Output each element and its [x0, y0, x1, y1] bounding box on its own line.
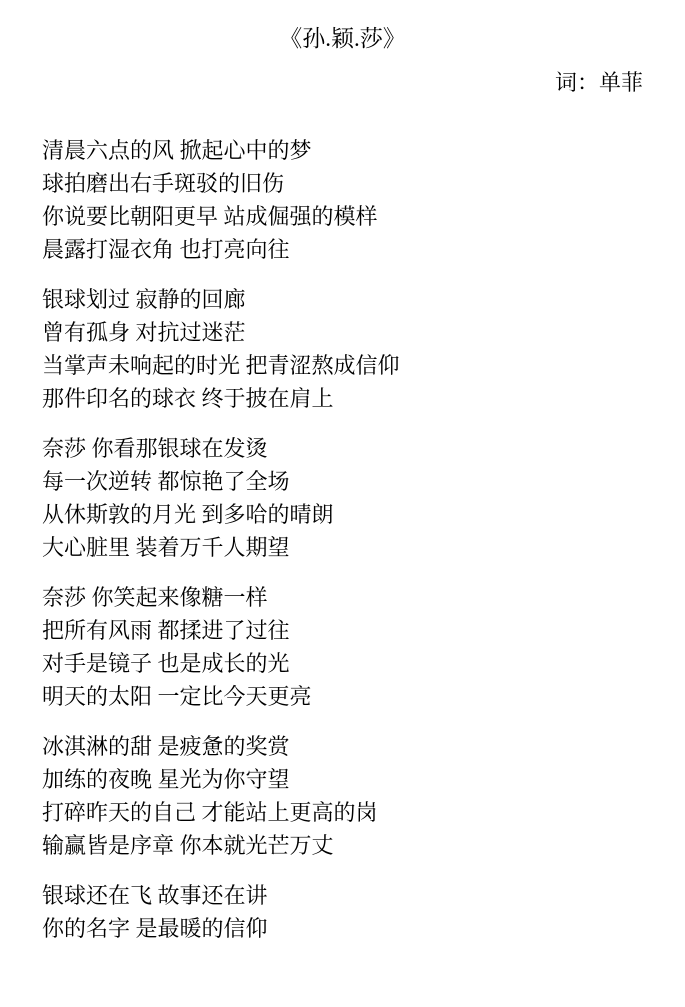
stanza-2: 银球划过 寂静的回廊 曾有孤身 对抗过迷茫 当掌声未响起的时光 把青涩熬成信仰 … [42, 283, 685, 415]
lyric-line: 球拍磨出右手斑驳的旧伤 [42, 167, 685, 200]
lyrics-document: 《孙.颖.莎》 词：单菲 清晨六点的风 掀起心中的梦 球拍磨出右手斑驳的旧伤 你… [0, 0, 685, 1007]
lyricist-credit: 词：单菲 [0, 68, 685, 98]
lyric-line: 你的名字 是最暖的信仰 [42, 912, 685, 945]
lyric-line: 银球还在飞 故事还在讲 [42, 879, 685, 912]
lyric-line: 明天的太阳 一定比今天更亮 [42, 680, 685, 713]
lyric-line: 加练的夜晚 星光为你守望 [42, 763, 685, 796]
lyric-line: 曾有孤身 对抗过迷茫 [42, 316, 685, 349]
lyrics-body: 清晨六点的风 掀起心中的梦 球拍磨出右手斑驳的旧伤 你说要比朝阳更早 站成倔强的… [0, 134, 685, 945]
lyric-line: 把所有风雨 都揉进了过往 [42, 614, 685, 647]
lyric-line: 大心脏里 装着万千人期望 [42, 531, 685, 564]
lyric-line: 每一次逆转 都惊艳了全场 [42, 465, 685, 498]
lyric-line: 冰淇淋的甜 是疲惫的奖赏 [42, 730, 685, 763]
stanza-5: 冰淇淋的甜 是疲惫的奖赏 加练的夜晚 星光为你守望 打碎昨天的自己 才能站上更高… [42, 730, 685, 862]
stanza-6: 银球还在飞 故事还在讲 你的名字 是最暖的信仰 [42, 879, 685, 945]
lyric-line: 你说要比朝阳更早 站成倔强的模样 [42, 200, 685, 233]
stanza-4: 奈莎 你笑起来像糖一样 把所有风雨 都揉进了过往 对手是镜子 也是成长的光 明天… [42, 581, 685, 713]
lyric-line: 从休斯敦的月光 到多哈的晴朗 [42, 498, 685, 531]
lyric-line: 打碎昨天的自己 才能站上更高的岗 [42, 796, 685, 829]
stanza-1: 清晨六点的风 掀起心中的梦 球拍磨出右手斑驳的旧伤 你说要比朝阳更早 站成倔强的… [42, 134, 685, 266]
lyric-line: 输赢皆是序章 你本就光芒万丈 [42, 829, 685, 862]
lyric-line: 奈莎 你笑起来像糖一样 [42, 581, 685, 614]
song-title: 《孙.颖.莎》 [0, 0, 685, 54]
lyric-line: 奈莎 你看那银球在发烫 [42, 432, 685, 465]
lyric-line: 清晨六点的风 掀起心中的梦 [42, 134, 685, 167]
stanza-3: 奈莎 你看那银球在发烫 每一次逆转 都惊艳了全场 从休斯敦的月光 到多哈的晴朗 … [42, 432, 685, 564]
lyric-line: 对手是镜子 也是成长的光 [42, 647, 685, 680]
lyric-line: 那件印名的球衣 终于披在肩上 [42, 382, 685, 415]
lyric-line: 当掌声未响起的时光 把青涩熬成信仰 [42, 349, 685, 382]
lyric-line: 晨露打湿衣角 也打亮向往 [42, 233, 685, 266]
lyric-line: 银球划过 寂静的回廊 [42, 283, 685, 316]
